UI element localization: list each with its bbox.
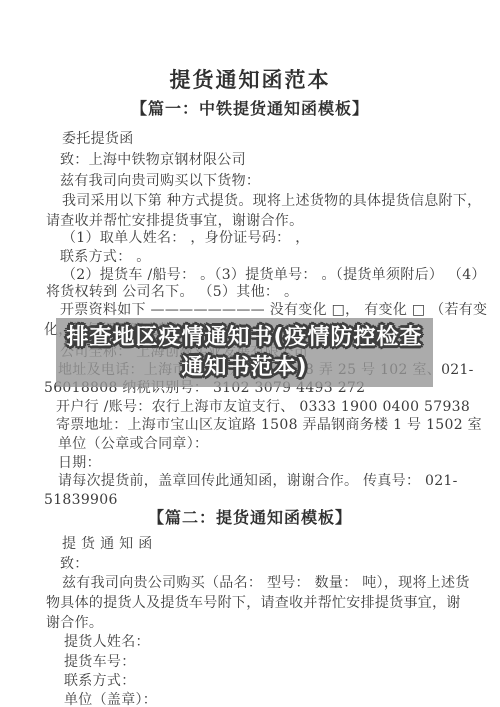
doc-line: 提货人姓名： [64, 634, 150, 650]
doc-line: 联系方式： [64, 673, 136, 689]
watermark-text-line1: 排查地区疫情通知书(疫情防控检查 [66, 323, 422, 353]
section2-heading: 【篇二：提货通知函模板】 [0, 505, 500, 528]
doc-line: 日期： [58, 455, 101, 471]
doc-line: 提货车号： [64, 654, 136, 670]
doc-line: 致： [60, 556, 89, 572]
doc-line: 兹有我司向贵公司购买（品名： 型号： 数量： 吨），现将上述货 [62, 575, 470, 591]
doc-line: 委托提货函 [62, 131, 134, 147]
doc-line: 单位（公章或合同章）： [58, 436, 208, 452]
doc-line: 兹有我司向贵司购买以下货物： [60, 173, 260, 189]
doc-line: 提 货 通 知 函 [62, 536, 153, 552]
doc-line: 联系方式： 。 [60, 249, 151, 265]
doc-line: 开票资料如下 ———————— 没有变化 □， 有变化 □ （若有变 [60, 302, 487, 318]
document-page: 提货通知函范本 【篇一：中铁提货通知函模板】 委托提货函 致：上海中铁物京钢材限… [0, 0, 500, 707]
doc-line: 开户行 /账号：农行上海市友谊支行、 0333 1900 0400 57938 [56, 399, 470, 415]
doc-line: 谢合作。 [46, 615, 103, 631]
doc-line: （1）取单人姓名： ，身份证号码： ， [62, 230, 310, 246]
document-title: 提货通知函范本 [0, 64, 500, 94]
doc-line: 物具体的提货人及提货车号附下，请查收并帮忙安排提货事宜，谢 [46, 595, 461, 611]
doc-line: 致：上海中铁物京钢材限公司 [60, 152, 246, 168]
doc-line: 请每次提货前，盖章回传此通知函，谢谢合作。 传真号： 021- [58, 473, 458, 489]
watermark-overlay: 排查地区疫情通知书(疫情防控检查 通知书范本) [56, 318, 433, 387]
doc-line: 请查收并帮忙安排提货事宜，谢谢合作。 [46, 213, 303, 229]
doc-line: 寄票地址：上海市宝山区友谊路 1508 弄晶钢商务楼 1 号 1502 室 [56, 417, 482, 433]
watermark-text-line2: 通知书范本) [181, 353, 307, 383]
doc-line: 将货权转到 公司名下。 （5）其他： 。 [46, 284, 298, 300]
doc-line: （2）提货车 /船号： 。（3）提货单号： 。（提货单须附后） （4） [62, 267, 486, 283]
doc-line: 我司采用以下第 种方式提货。现将上述货物的具体提货信息附下， [62, 193, 481, 209]
doc-line: 单位（盖章）： [64, 692, 157, 707]
section1-heading: 【篇一：中铁提货通知函模板】 [0, 96, 500, 119]
